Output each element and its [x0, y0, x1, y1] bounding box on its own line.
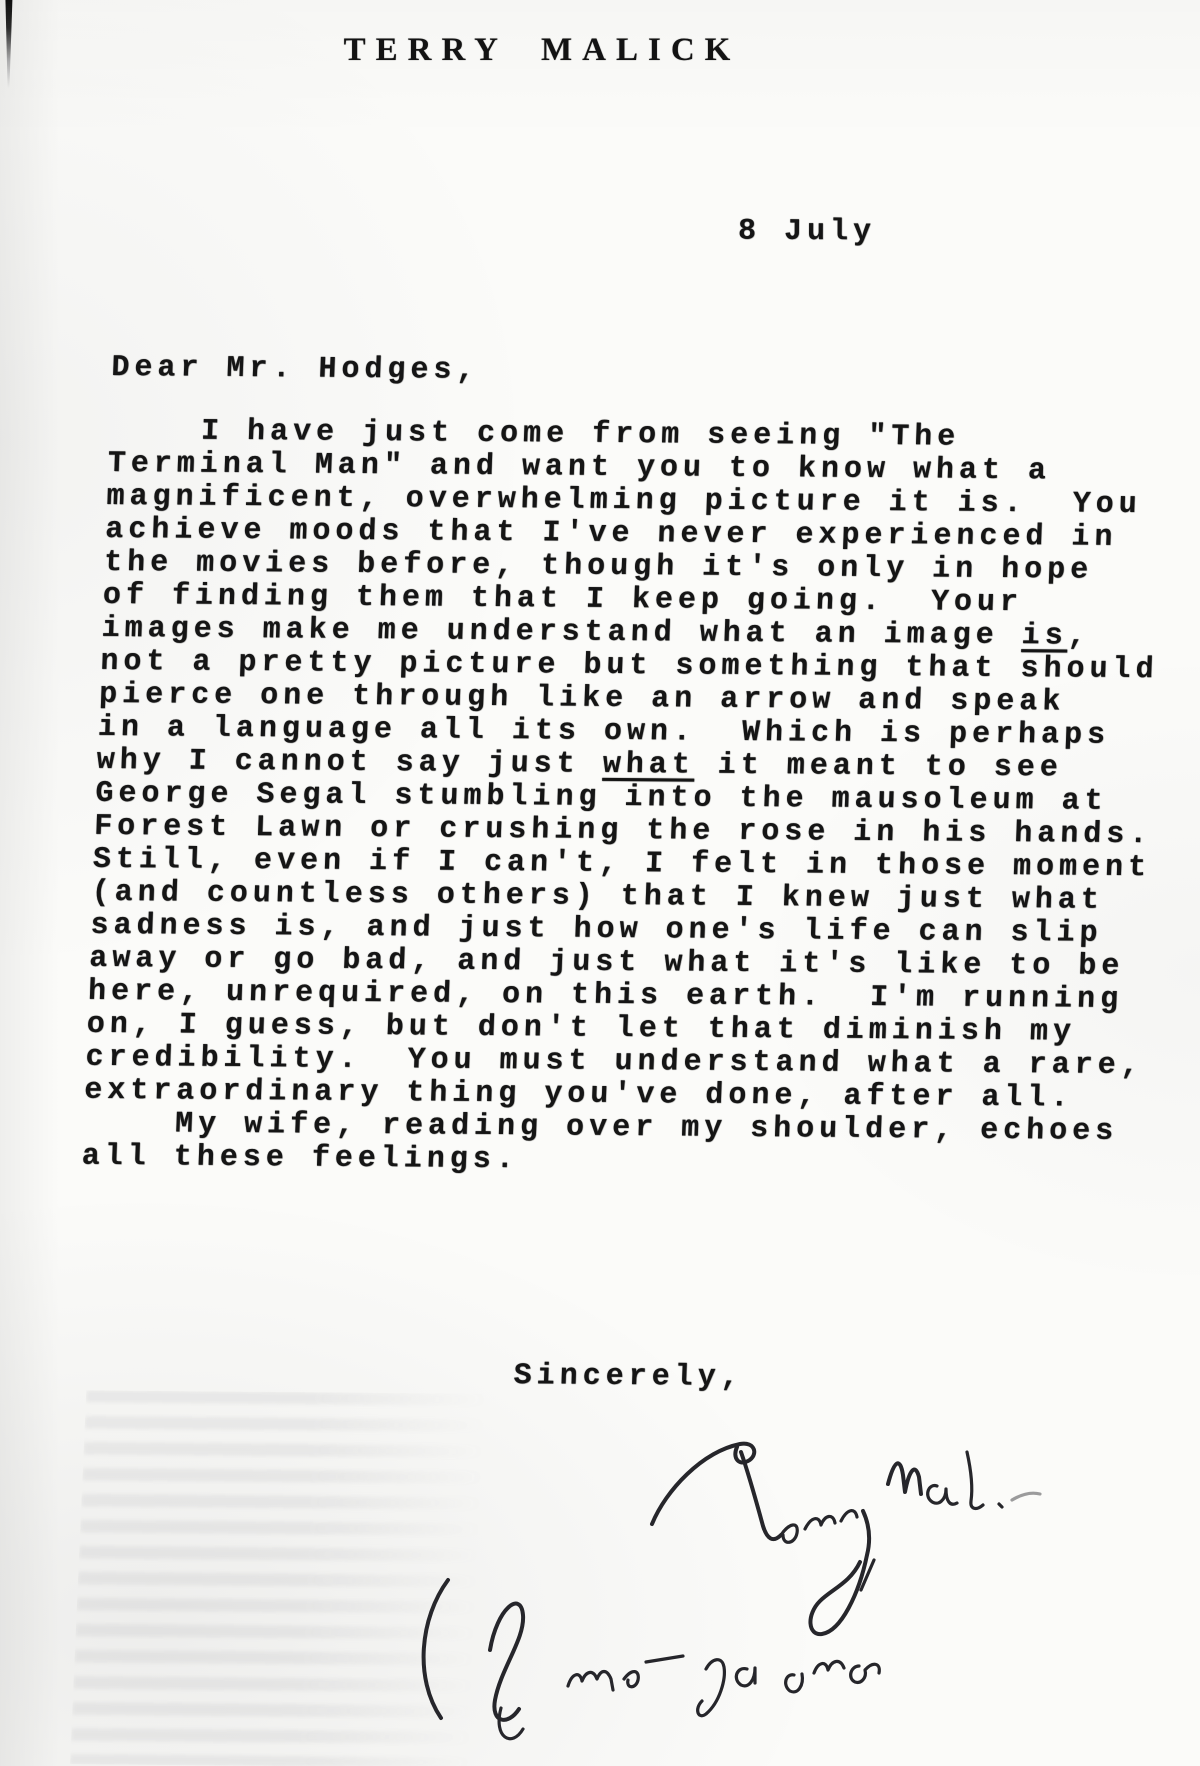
scanned-letter-page: TERRY MALICK 8 July Dear Mr. Hodges, I h…	[0, 0, 1200, 1766]
letter-date: 8 July	[738, 216, 876, 250]
letter-body: I have just come from seeing "TheTermina…	[81, 415, 1197, 1182]
letter-typed-content: Dear Mr. Hodges, I have just come from s…	[0, 351, 1200, 1398]
letter-salutation: Dear Mr. Hodges,	[111, 352, 1200, 394]
letterhead-name: TERRY MALICK	[0, 32, 1142, 69]
handwritten-signature	[400, 1412, 1100, 1766]
bleed-through-ghost-text	[70, 1390, 496, 1766]
